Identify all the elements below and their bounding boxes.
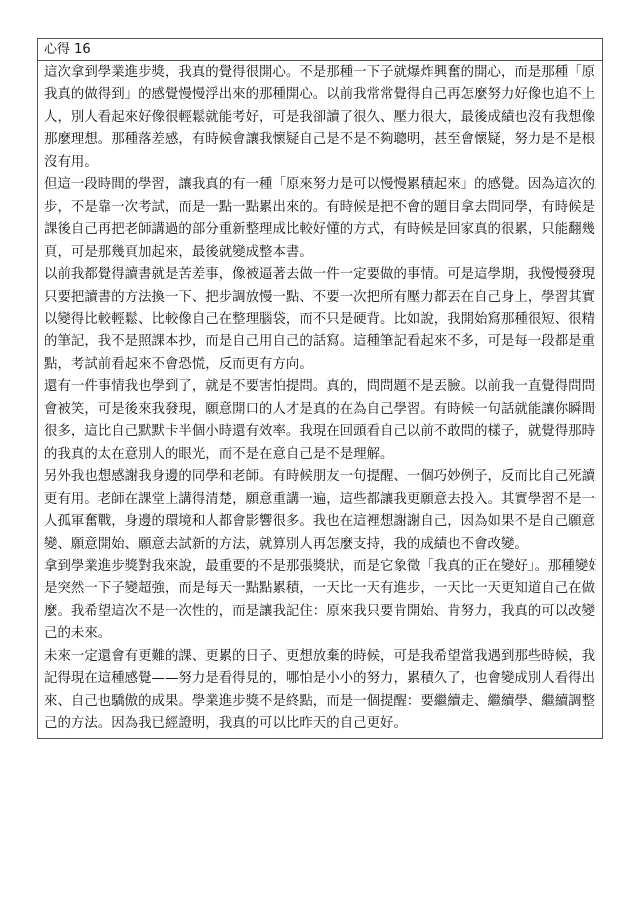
reflection-table: 心得 16 這次拿到學業進步獎，我真的覺得很開心。不是那種一下子就爆炸興奮的開心… (37, 38, 603, 739)
text-line: 那麼理想。那種落差感，有時候會讓我懷疑自己是不是不夠聰明，甚至會懷疑，努力是不是… (44, 129, 596, 151)
paragraph-4: 還有一件事情我也學到了，就是不要害怕提問。真的，問問題不是丟臉。以前我一直覺得問… (44, 376, 596, 466)
text-line: 己的未來。 (44, 623, 596, 645)
text-line: 課後自己再把老師講過的部分重新整理成比較好懂的方式，有時候是回家真的很累，只能翻… (44, 219, 596, 241)
text-line: 變、願意開始、願意去試新的方法，就算別人再怎麼支持，我的成績也不會改變。 (44, 534, 596, 556)
text-line: 未來一定還會有更難的課、更累的日子、更想放棄的時候，可是我希望當我遇到那些時候，… (44, 646, 596, 668)
text-line: 另外我也想感謝我身邊的同學和老師。有時候朋友一句提醒、一個巧妙例子，反而比自己死… (44, 466, 596, 488)
text-line: 點，考試前看起來不會恐慌，反而更有方向。 (44, 354, 596, 376)
paragraph-1: 這次拿到學業進步獎，我真的覺得很開心。不是那種一下子就爆炸興奮的開心，而是那種「… (44, 62, 596, 174)
paragraph-3: 以前我都覺得讀書就是苦差事，像被逼著去做一件一定要做的事情。可是這學期，我慢慢發… (44, 264, 596, 376)
text-line: 是突然一下子變超強，而是每天一點點累積，一天比一天有進步，一天比一天更知道自己在… (44, 578, 596, 600)
text-line: 來、自己也驕傲的成果。學業進步獎不是終點，而是一個提醒：要繼續走、繼續學、繼續調… (44, 691, 596, 713)
text-line: 己的方法。因為我已經證明，我真的可以比昨天的自己更好。 (44, 713, 596, 735)
text-line: 這次拿到學業進步獎，我真的覺得很開心。不是那種一下子就爆炸興奮的開心，而是那種「… (44, 62, 596, 84)
text-line: 的筆記，我不是照課本抄，而是自己用自己的話寫。這種筆記看起來不多，可是每一段都是… (44, 331, 596, 353)
reflection-body: 這次拿到學業進步獎，我真的覺得很開心。不是那種一下子就爆炸興奮的開心，而是那種「… (38, 61, 602, 738)
text-line: 沒有用。 (44, 152, 596, 174)
text-line: 麼。我希望這次不是一次性的，而是讓我記住：原來我只要肯開始、肯努力，我真的可以改… (44, 601, 596, 623)
text-line: 以前我都覺得讀書就是苦差事，像被逼著去做一件一定要做的事情。可是這學期，我慢慢發… (44, 264, 596, 286)
text-line: 以變得比較輕鬆、比較像自己在整理腦袋，而不只是硬背。比如說，我開始寫那種很短、很… (44, 309, 596, 331)
text-line: 我真的做得到」的感覺慢慢浮出來的那種開心。以前我常常覺得自己再怎麼努力好像也追不… (44, 84, 596, 106)
paragraph-2: 但這一段時間的學習，讓我真的有一種「原來努力是可以慢慢累積起來」的感覺。因為這次… (44, 174, 596, 264)
text-line: 會被笑，可是後來我發現，願意開口的人才是真的在為自己學習。有時候一句話就能讓你瞬… (44, 399, 596, 421)
text-line: 頁，可是那幾頁加起來，最後就變成整本書。 (44, 242, 596, 264)
text-line: 步，不是靠一次考試，而是一點一點累出來的。有時候是把不會的題目拿去問同學，有時候… (44, 197, 596, 219)
document-title: 心得 16 (38, 39, 602, 61)
text-line: 更有用。老師在課堂上講得清楚，願意重講一遍，這些都讓我更願意去投入。其實學習不是… (44, 489, 596, 511)
paragraph-7: 未來一定還會有更難的課、更累的日子、更想放棄的時候，可是我希望當我遇到那些時候，… (44, 646, 596, 736)
paragraph-5: 另外我也想感謝我身邊的同學和老師。有時候朋友一句提醒、一個巧妙例子，反而比自己死… (44, 466, 596, 556)
text-line: 人孤軍奮戰，身邊的環境和人都會影響很多。我也在這裡想謝謝自己，因為如果不是自己願… (44, 511, 596, 533)
text-line: 記得現在這種感覺——努力是看得見的，哪怕是小小的努力，累積久了，也會變成別人看得… (44, 668, 596, 690)
text-line: 的我真的太在意別人的眼光，而不是在意自己是不是理解。 (44, 444, 596, 466)
text-line: 很多，這比自己默默卡半個小時還有效率。我現在回頭看自己以前不敢問的樣子，就覺得那… (44, 421, 596, 443)
paragraph-6: 拿到學業進步獎對我來說，最重要的不是那張獎狀，而是它象徵「我真的正在變好」。那種… (44, 556, 596, 646)
text-line: 只要把讀書的方法換一下、把步調放慢一點、不要一次把所有壓力都丟在自己身上，學習其… (44, 287, 596, 309)
text-line: 拿到學業進步獎對我來說，最重要的不是那張獎狀，而是它象徵「我真的正在變好」。那種… (44, 556, 596, 578)
text-line: 人，別人看起來好像很輕鬆就能考好，可是我卻讀了很久、壓力很大，最後成績也沒有我想… (44, 107, 596, 129)
text-line: 還有一件事情我也學到了，就是不要害怕提問。真的，問問題不是丟臉。以前我一直覺得問… (44, 376, 596, 398)
text-line: 但這一段時間的學習，讓我真的有一種「原來努力是可以慢慢累積起來」的感覺。因為這次… (44, 174, 596, 196)
